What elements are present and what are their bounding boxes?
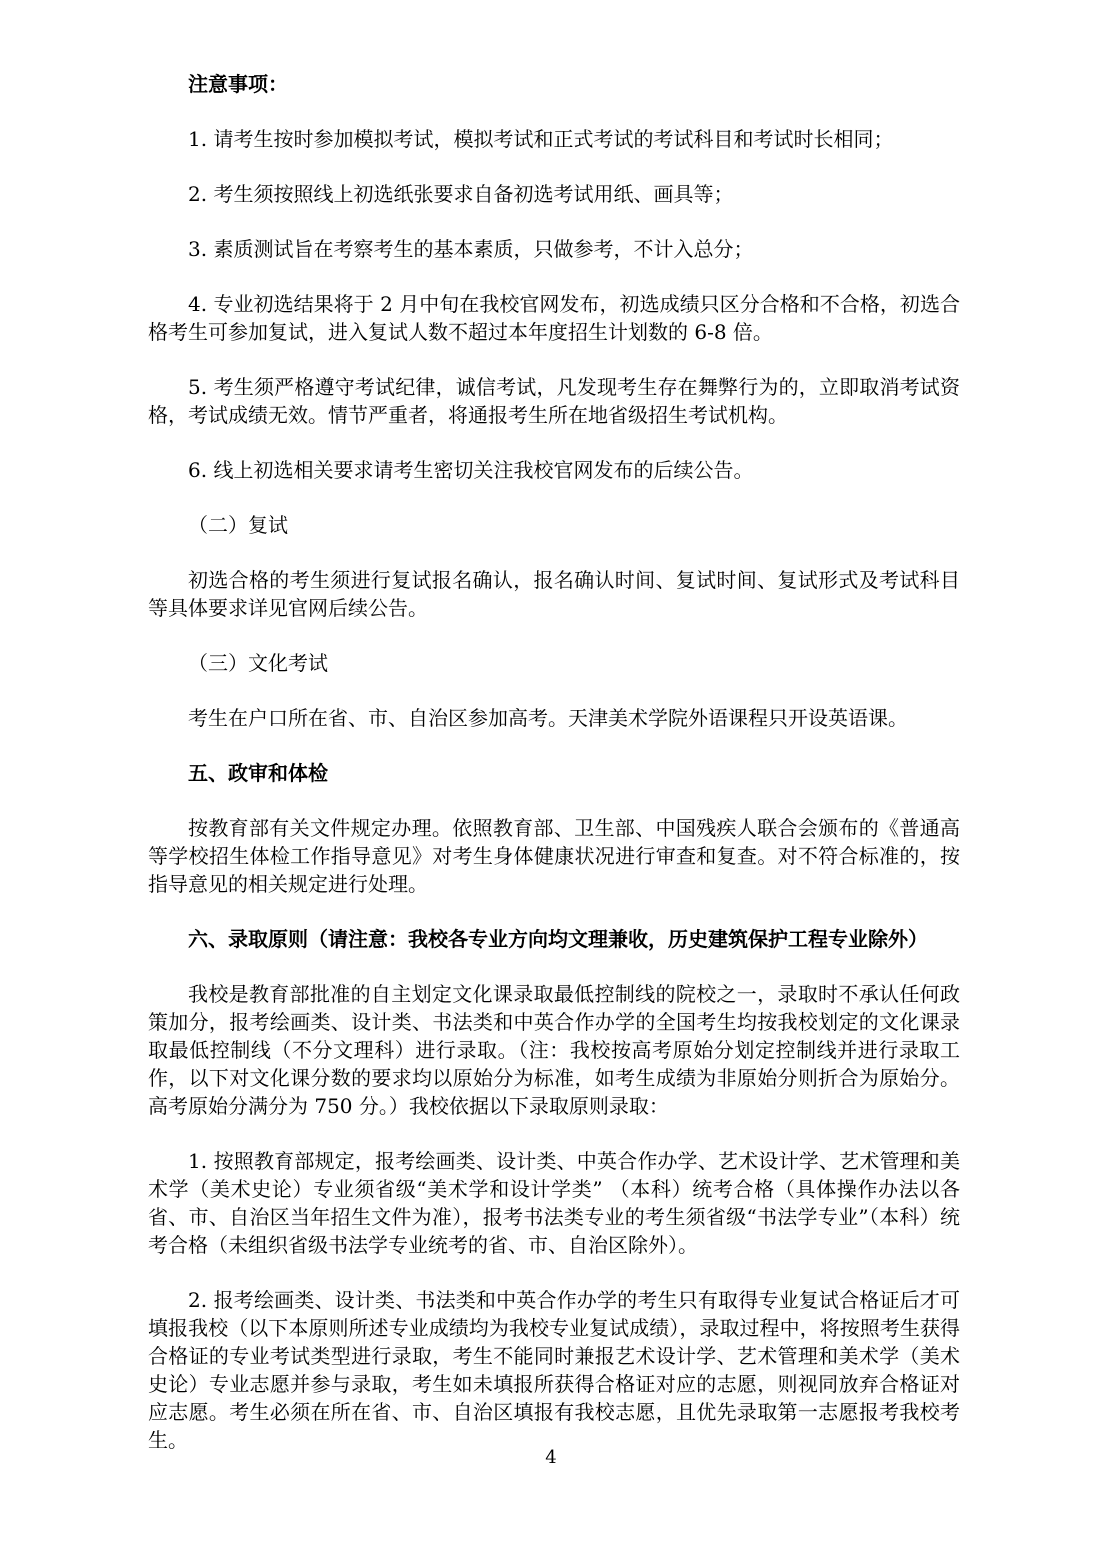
note-item-4: 4. 专业初选结果将于 2 月中旬在我校官网发布，初选成绩只区分合格和不合格，初… — [148, 290, 960, 346]
note-item-5: 5. 考生须严格遵守考试纪律，诚信考试，凡发现考生存在舞弊行为的，立即取消考试资… — [148, 373, 960, 429]
document-content: 注意事项：1. 请考生按时参加模拟考试，模拟考试和正式考试的考试科目和考试时长相… — [148, 70, 960, 1481]
document-page: 注意事项：1. 请考生按时参加模拟考试，模拟考试和正式考试的考试科目和考试时长相… — [0, 0, 1102, 1559]
section-5-paragraph: 按教育部有关文件规定办理。依照教育部、卫生部、中国残疾人联合会颁布的《普通高等学… — [148, 814, 960, 898]
subsection-culture-exam-heading: （三）文化考试 — [148, 649, 960, 677]
note-item-1: 1. 请考生按时参加模拟考试，模拟考试和正式考试的考试科目和考试时长相同； — [148, 125, 960, 153]
note-item-2: 2. 考生须按照线上初选纸张要求自备初选考试用纸、画具等； — [148, 180, 960, 208]
note-item-6: 6. 线上初选相关要求请考生密切关注我校官网发布的后续公告。 — [148, 456, 960, 484]
section-6-heading: 六、录取原则（请注意：我校各专业方向均文理兼收，历史建筑保护工程专业除外） — [148, 925, 960, 953]
admission-rule-2: 2. 报考绘画类、设计类、书法类和中英合作办学的考生只有取得专业复试合格证后才可… — [148, 1286, 960, 1454]
culture-exam-paragraph: 考生在户口所在省、市、自治区参加高考。天津美术学院外语课程只开设英语课。 — [148, 704, 960, 732]
note-item-3: 3. 素质测试旨在考察考生的基本素质，只做参考，不计入总分； — [148, 235, 960, 263]
section-5-heading: 五、政审和体检 — [148, 759, 960, 787]
subsection-retest-heading: （二）复试 — [148, 511, 960, 539]
notes-heading: 注意事项： — [148, 70, 960, 98]
admission-intro-paragraph: 我校是教育部批准的自主划定文化课录取最低控制线的院校之一，录取时不承认任何政策加… — [148, 980, 960, 1120]
page-number: 4 — [0, 1444, 1102, 1472]
admission-rule-1: 1. 按照教育部规定，报考绘画类、设计类、中英合作办学、艺术设计学、艺术管理和美… — [148, 1147, 960, 1259]
retest-paragraph: 初选合格的考生须进行复试报名确认，报名确认时间、复试时间、复试形式及考试科目等具… — [148, 566, 960, 622]
